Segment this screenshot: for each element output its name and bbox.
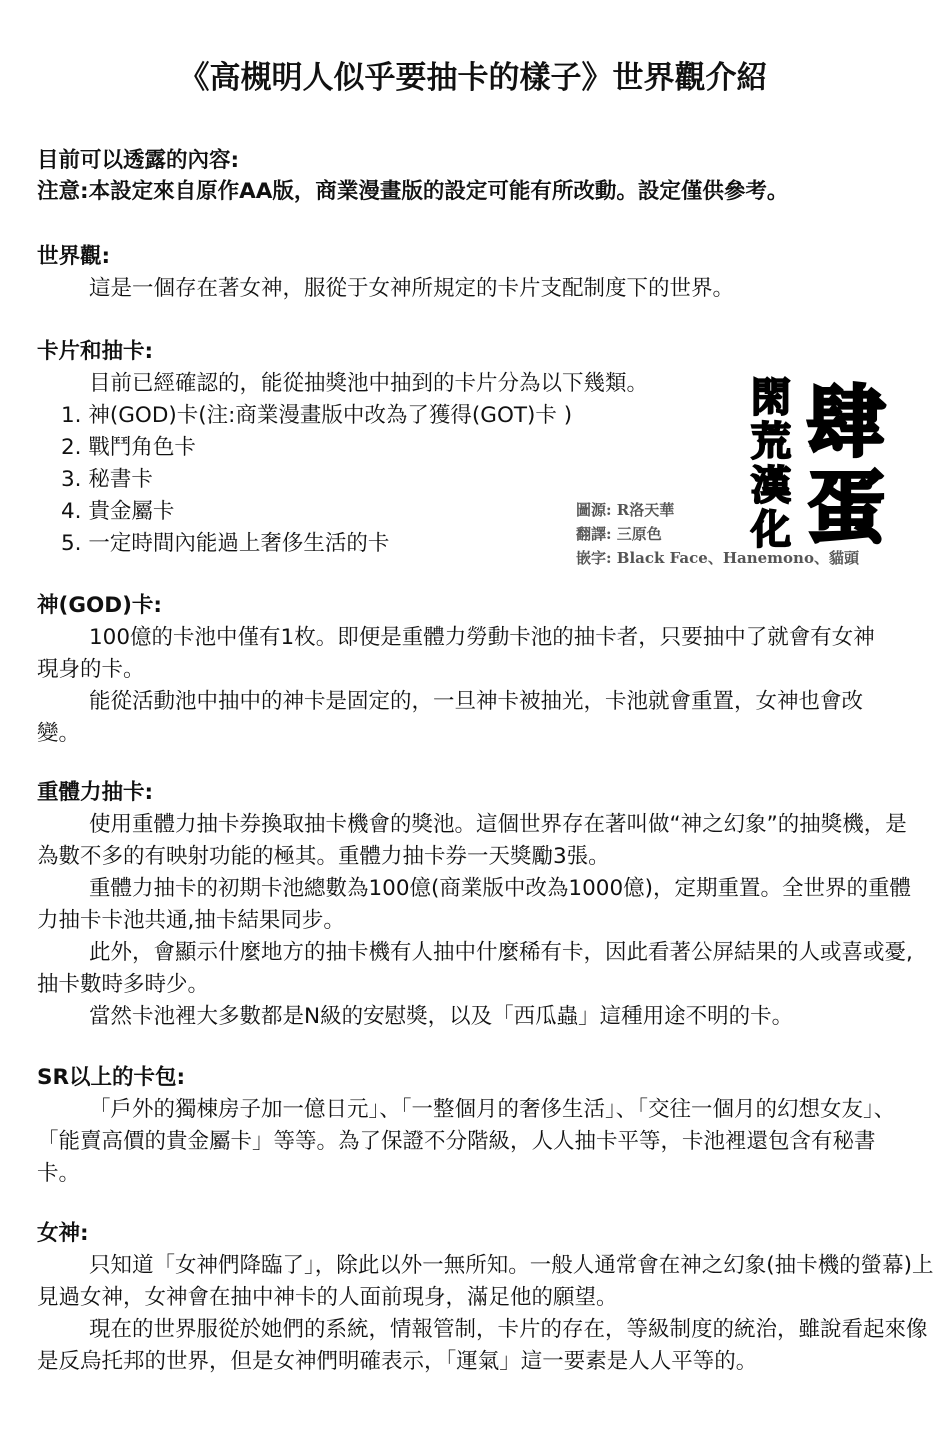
section-paragraph: 100億的卡池中僅有1枚。即便是重體力勞動卡池的抽卡者，只要抽中了就會有女神現身… <box>37 622 887 686</box>
section-worldview: 世界觀: 這是一個存在著女神，服從于女神所規定的卡片支配制度下的世界。 <box>37 241 917 305</box>
section-paragraph: 「戶外的獨棟房子加一億日元」、「一整個月的奢侈生活」、「交往一個月的幻想女友」、… <box>37 1094 912 1190</box>
section-sr-packs: SR以上的卡包: 「戶外的獨棟房子加一億日元」、「一整個月的奢侈生活」、「交往一… <box>37 1062 912 1190</box>
credit-image-source: 圖源: R洛天華 <box>576 498 859 522</box>
seal-char: 閑 <box>751 376 791 420</box>
section-heavy-labor-gacha: 重體力抽卡: 使用重體力抽卡券換取抽卡機會的獎池。這個世界存在著叫做“神之幻象”… <box>37 777 927 1033</box>
section-paragraph: 重體力抽卡的初期卡池總數為100億(商業版中改為1000億)，定期重置。全世界的… <box>37 873 927 937</box>
page-title: 《高槻明人似乎要抽卡的樣子》世界觀介紹 <box>0 58 946 98</box>
section-paragraph: 能從活動池中抽中的神卡是固定的，一旦神卡被抽光，卡池就會重置，女神也會改變。 <box>37 686 887 750</box>
section-paragraph: 使用重體力抽卡券換取抽卡機會的獎池。這個世界存在著叫做“神之幻象”的抽獎機，是為… <box>37 809 927 873</box>
section-paragraph: 此外，會顯示什麼地方的抽卡機有人抽中什麼稀有卡，因此看著公屏結果的人或喜或憂,抽… <box>37 937 927 1001</box>
section-paragraph: 現在的世界服從於她們的系統，情報管制，卡片的存在，等級制度的統治，雖說看起來像是… <box>37 1314 937 1378</box>
section-paragraph: 只知道「女神們降臨了」，除此以外一無所知。一般人通常會在神之幻象(抽卡機的螢幕)… <box>37 1250 937 1314</box>
section-heading: 女神: <box>37 1218 937 1250</box>
section-heading: 卡片和抽卡: <box>37 336 737 368</box>
section-god-card: 神(GOD)卡: 100億的卡池中僅有1枚。即便是重體力勞動卡池的抽卡者，只要抽… <box>37 590 887 750</box>
list-item: 1. 神(GOD)卡(注:商業漫畫版中改為了獲得(GOT)卡 ) <box>37 400 737 432</box>
section-heading: SR以上的卡包: <box>37 1062 912 1094</box>
intro-disclaimer: 注意:本設定來自原作AA版，商業漫畫版的設定可能有所改動。設定僅供參考。 <box>37 176 788 207</box>
seal-char: 肆 <box>807 380 885 466</box>
section-paragraph: 目前已經確認的，能從抽獎池中抽到的卡片分為以下幾類。 <box>37 368 737 400</box>
section-heading: 世界觀: <box>37 241 917 273</box>
intro-heading: 目前可以透露的內容: <box>37 145 788 176</box>
list-item: 3. 秘書卡 <box>37 464 737 496</box>
section-paragraph: 當然卡池裡大多數都是N級的安慰獎，以及「西瓜蟲」這種用途不明的卡。 <box>37 1001 927 1033</box>
section-heading: 神(GOD)卡: <box>37 590 887 622</box>
list-item: 2. 戰鬥角色卡 <box>37 432 737 464</box>
credit-translation: 翻譯: 三原色 <box>576 522 859 546</box>
credit-typesetting: 嵌字: Black Face、Hanemono、貓頭 <box>576 546 859 570</box>
intro-block: 目前可以透露的內容: 注意:本設定來自原作AA版，商業漫畫版的設定可能有所改動。… <box>37 145 788 207</box>
seal-char: 荒 <box>751 420 791 464</box>
section-goddess: 女神: 只知道「女神們降臨了」，除此以外一無所知。一般人通常會在神之幻象(抽卡機… <box>37 1218 937 1378</box>
section-paragraph: 這是一個存在著女神，服從于女神所規定的卡片支配制度下的世界。 <box>37 273 917 305</box>
section-heading: 重體力抽卡: <box>37 777 927 809</box>
credits-block: 圖源: R洛天華 翻譯: 三原色 嵌字: Black Face、Hanemono… <box>576 498 859 570</box>
